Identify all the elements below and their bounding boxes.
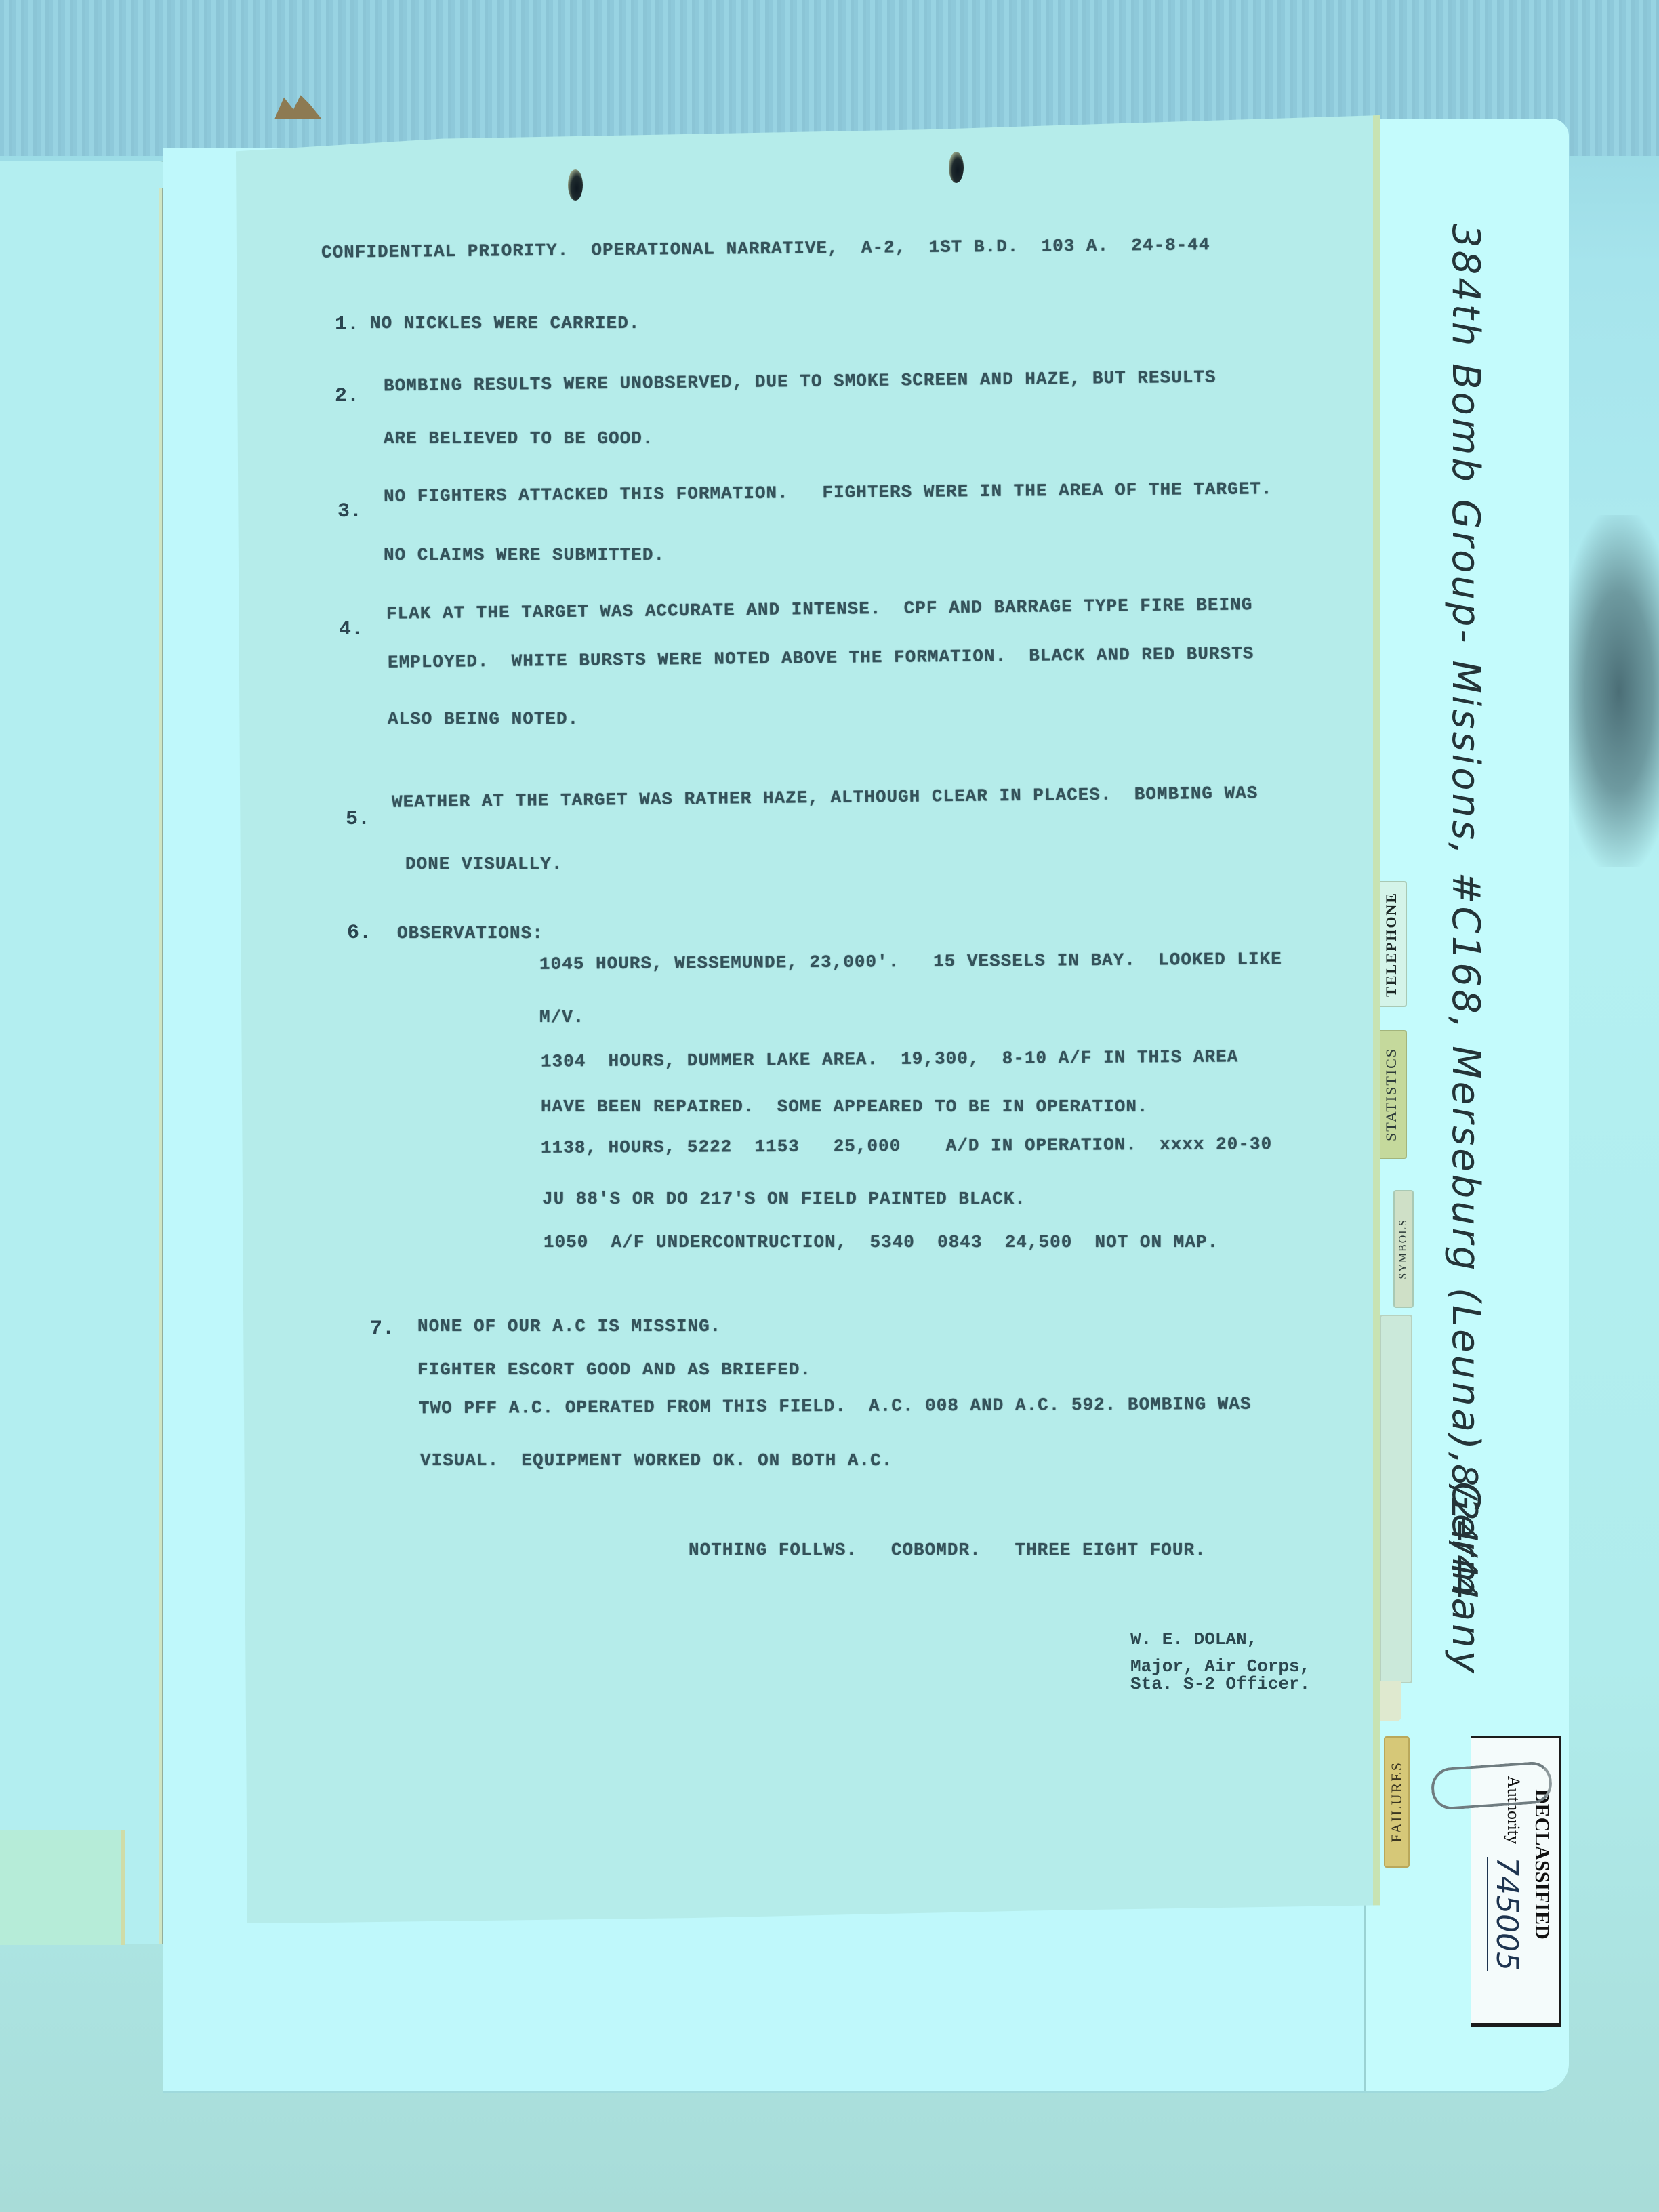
observation-line: HAVE BEEN REPAIRED. SOME APPEARED TO BE … [541, 1097, 1149, 1117]
paragraph-line: DONE VISUALLY. [405, 854, 562, 874]
tab-telephone[interactable]: TELEPHONE [1376, 881, 1407, 1007]
signature-rank: Major, Air Corps, [1130, 1658, 1310, 1675]
observation-line: M/V. [539, 1007, 584, 1027]
tab-blank[interactable] [1380, 1315, 1412, 1683]
paragraph-line: VISUAL. EQUIPMENT WORKED OK. ON BOTH A.C… [420, 1450, 893, 1471]
paragraph-number: 5. [346, 808, 370, 831]
paragraph-number: 6. [347, 922, 371, 945]
observation-line: 1138, HOURS, 5222 1153 25,000 A/D IN OPE… [541, 1134, 1272, 1158]
observation-line: 1050 A/F UNDERCONTRUCTION, 5340 0843 24,… [544, 1232, 1218, 1252]
paragraph-line: ALSO BEING NOTED. [388, 709, 579, 729]
paragraph-line: NONE OF OUR A.C IS MISSING. [417, 1316, 721, 1336]
closing-line: NOTHING FOLLWS. COBOMDR. THREE EIGHT FOU… [689, 1540, 1206, 1560]
signature-title: Sta. S-2 Officer. [1130, 1675, 1310, 1693]
tab-label: STATISTICS [1382, 1048, 1400, 1141]
signature-name: W. E. DOLAN, [1130, 1631, 1257, 1648]
paragraph-line: ARE BELIEVED TO BE GOOD. [384, 428, 653, 449]
punch-hole [568, 169, 583, 201]
tab-statistics[interactable]: STATISTICS [1376, 1030, 1407, 1159]
handwritten-folder-label: 384th Bomb Group- Missions, #C168, Merse… [1443, 224, 1488, 1676]
paragraph-number: 7. [370, 1317, 394, 1340]
paragraph-line: NO CLAIMS WERE SUBMITTED. [384, 545, 665, 565]
punch-hole [949, 152, 964, 183]
paragraph-number: 2. [335, 385, 359, 408]
tab-label: SYMBOLS [1397, 1218, 1410, 1279]
left-paper-stack [0, 161, 171, 1944]
paragraph-line: NO NICKLES WERE CARRIED. [370, 313, 640, 333]
tab-failures[interactable]: FAILURES [1384, 1736, 1410, 1868]
declassified-title: DECLASSIFIED [1530, 1789, 1553, 1940]
tab-symbols[interactable]: SYMBOLS [1393, 1190, 1414, 1308]
authority-number: 745005 [1487, 1857, 1524, 1971]
paragraph-number: 3. [337, 500, 362, 523]
observations-heading: OBSERVATIONS: [397, 923, 544, 943]
tab-label: FAILURES [1388, 1761, 1406, 1843]
paragraph-line: FIGHTER ESCORT GOOD AND AS BRIEFED. [417, 1359, 811, 1380]
handwritten-date: 8/24/44 [1443, 1464, 1484, 1599]
left-paper-stack-edge [0, 1830, 125, 1945]
paperclip-icon [1430, 1761, 1553, 1811]
paragraph-number: 4. [339, 618, 363, 641]
desk-shadow [1559, 515, 1659, 867]
observation-line: JU 88'S OR DO 217'S ON FIELD PAINTED BLA… [542, 1189, 1026, 1209]
paragraph-number: 1. [335, 313, 359, 336]
tab-label: TELEPHONE [1382, 892, 1400, 997]
